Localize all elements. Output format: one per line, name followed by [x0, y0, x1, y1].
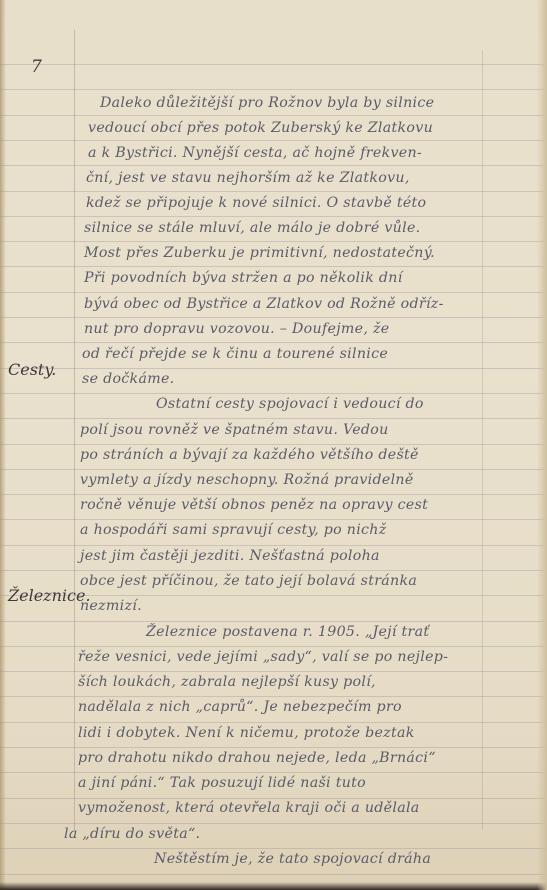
text-line: Neštěstím je, že tato spojovací dráha: [154, 851, 431, 867]
ruled-line: [0, 216, 547, 217]
ruled-line: [0, 368, 547, 369]
text-line: po stráních a bývají za každého většího …: [80, 447, 419, 463]
ruled-line: [0, 798, 547, 799]
ruled-line: [0, 317, 547, 318]
text-line: a hospodáři sami spravují cesty, po nich…: [80, 522, 387, 538]
ruled-line: [0, 89, 547, 90]
text-line: od řečí přejde se k činu a tourené silni…: [82, 346, 388, 362]
text-line: ční, jest ve stavu nejhorším až ke Zlatk…: [86, 170, 410, 186]
ruled-line: [0, 747, 547, 748]
ruled-line: [0, 823, 547, 824]
handwritten-page: 7 Cesty. Železnice. Daleko důležitější p…: [0, 0, 547, 890]
right-margin-rule: [482, 50, 483, 830]
page-number: 7: [31, 57, 42, 77]
ruled-line: [0, 469, 547, 470]
text-line: jest jim častěji jezditi. Nešťastná polo…: [80, 548, 380, 564]
ruled-line: [0, 519, 547, 520]
text-line: se dočkáme.: [82, 371, 174, 387]
text-line: Železnice postavena r. 1905. „Její trať: [146, 624, 429, 640]
text-line: silnice se stále mluví, ale málo je dobr…: [84, 220, 420, 236]
ruled-line: [0, 241, 547, 242]
ruled-line: [0, 874, 547, 875]
text-line: nezmizí.: [80, 598, 142, 614]
ruled-line: [0, 191, 547, 192]
ruled-line: [0, 621, 547, 622]
ruled-line: [0, 165, 547, 166]
text-line: a k Bystřici. Nynější cesta, ač hojně fr…: [88, 145, 422, 161]
text-line: obce jest příčinou, že tato její bolavá …: [80, 573, 417, 589]
margin-note-cesty: Cesty.: [8, 360, 56, 379]
ruled-line: [0, 570, 547, 571]
ruled-line: [0, 140, 547, 141]
margin-rule: [74, 30, 75, 830]
text-line: kdež se připojuje k nové silnici. O stav…: [86, 195, 426, 211]
ruled-line: [0, 722, 547, 723]
ruled-line: [0, 64, 547, 65]
ruled-line: [0, 646, 547, 647]
text-line: Most přes Zuberku je primitivní, nedosta…: [84, 245, 435, 261]
text-line: Ostatní cesty spojovací i vedoucí do: [156, 396, 424, 412]
text-line: bývá obec od Bystřice a Zlatkov od Rožně…: [84, 296, 444, 312]
text-line: nut pro dopravu vozovou. – Doufejme, že: [84, 321, 389, 337]
ruled-line: [0, 292, 547, 293]
ruled-line: [0, 418, 547, 419]
text-line: ročně věnuje větší obnos peněz na opravy…: [80, 497, 428, 513]
ruled-line: [0, 696, 547, 697]
text-line: Při povodních býva stržen a po několik d…: [84, 270, 403, 286]
text-line: lidi i dobytek. Není k ničemu, protože b…: [78, 725, 415, 741]
ruled-line: [0, 494, 547, 495]
text-line: pro drahotu nikdo drahou nejede, leda „B…: [78, 750, 436, 766]
ruled-line: [0, 772, 547, 773]
ruled-line: [0, 444, 547, 445]
text-line: a jiní páni.“ Tak posuzují lidé naši tut…: [78, 775, 366, 791]
ruled-line: [0, 342, 547, 343]
margin-note-zeleznice: Železnice.: [8, 586, 91, 605]
text-line: nadělala z nich „caprů“. Je nebezpečím p…: [78, 699, 402, 715]
text-line: Daleko důležitější pro Rožnov byla by si…: [100, 95, 434, 111]
text-line: řeže vesnici, vede jejími „sady“, valí s…: [78, 649, 448, 665]
text-line: vymlety a jízdy neschopny. Rožná pravide…: [80, 472, 414, 488]
ruled-line: [0, 545, 547, 546]
page-bottom-edge: [0, 882, 547, 890]
ruled-line: [0, 393, 547, 394]
text-line: polí jsou rovněž ve špatném stavu. Vedou: [80, 422, 389, 438]
ruled-line: [0, 115, 547, 116]
text-line: ších loukách, zabrala nejlepší kusy polí…: [78, 674, 376, 690]
ruled-line: [0, 266, 547, 267]
text-line: la „díru do světa“.: [64, 826, 200, 842]
ruled-line: [0, 848, 547, 849]
text-line: vymoženost, která otevřela kraji oči a u…: [78, 800, 420, 816]
text-line: vedoucí obcí přes potok Zuberský ke Zlat…: [88, 120, 433, 136]
ruled-line: [0, 671, 547, 672]
